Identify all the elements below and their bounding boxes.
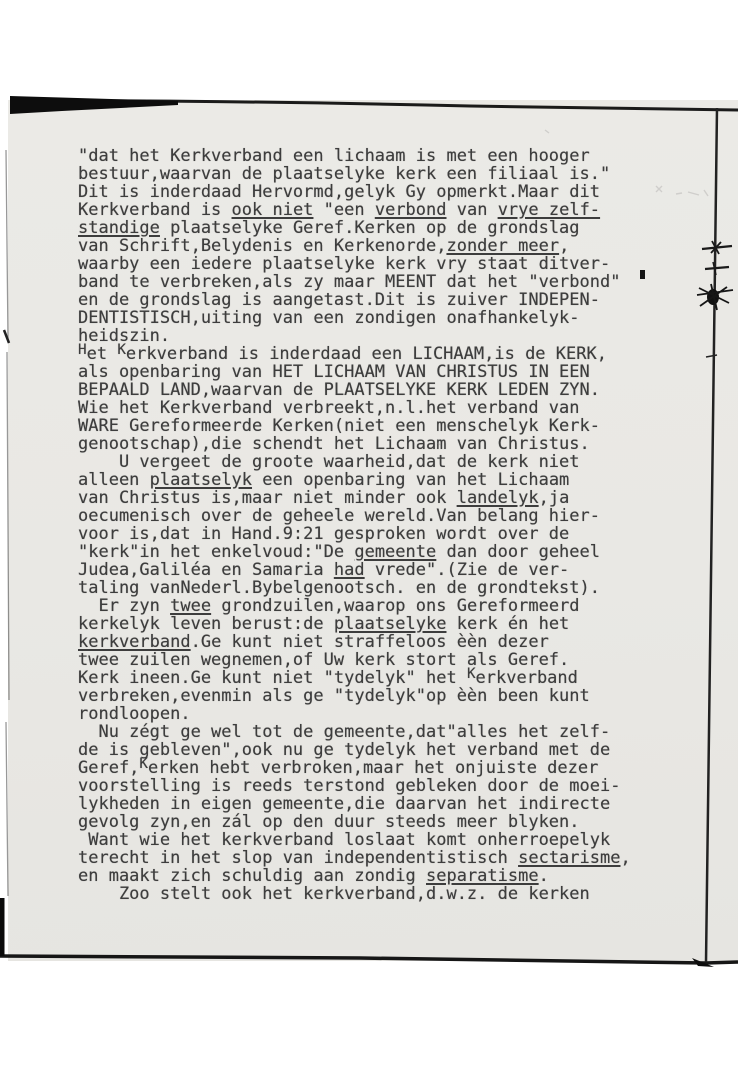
text-line: van Schrift,Belydenis en Kerkenorde,zond… [78,237,658,255]
text-line: heidszin. [78,327,658,345]
text-line: voor is,dat in Hand.9:21 gesproken wordt… [78,525,658,543]
text-line: gevolg zyn,en zál op den duur steeds mee… [78,813,658,831]
text-line: kerkelyk leven berust:de plaatselyke ker… [78,615,658,633]
text-line: standige plaatselyke Geref.Kerken op de … [78,219,658,237]
text-line: Judea,Galiléa en Samaria had vrede".(Zie… [78,561,658,579]
text-line: BEPAALD LAND,waarvan de PLAATSELYKE KERK… [78,381,658,399]
text-line: terecht in het slop van independentistis… [78,849,658,867]
text-line: rondloopen. [78,705,658,723]
text-line: WARE Gereformeerde Kerken(niet een mensc… [78,417,658,435]
text-line: voorstelling is reeds terstond gebleken … [78,777,658,795]
text-line: band te verbreken,als zy maar MEENT dat … [78,273,658,291]
text-line: lykheden in eigen gemeente,die daarvan h… [78,795,658,813]
text-line: als openbaring van HET LICHAAM VAN CHRIS… [78,363,658,381]
text-line: de is gebleven",ook nu ge tydelyk het ve… [78,741,658,759]
text-line: Kerk ineen.Ge kunt niet "tydelyk" het Ke… [78,669,658,687]
typewritten-text: "dat het Kerkverband een lichaam is met … [78,147,658,903]
text-line: verbreken,evenmin als ge "tydelyk"op èèn… [78,687,658,705]
text-line: en maakt zich schuldig aan zondig separa… [78,867,658,885]
text-line: van Christus is,maar niet minder ook lan… [78,489,658,507]
text-line: taling vanNederl.Bybelgenootsch. en de g… [78,579,658,597]
text-line: kerkverband.Ge kunt niet straffeloos èèn… [78,633,658,651]
text-line: alleen plaatselyk een openbaring van het… [78,471,658,489]
text-line: DENTISTISCH,uiting van een zondigen onaf… [78,309,658,327]
text-line: Kerkverband is ook niet "een verbond van… [78,201,658,219]
text-line: Geref,Kerken hebt verbroken,maar het onj… [78,759,658,777]
text-line: oecumenisch over de geheele wereld.Van b… [78,507,658,525]
text-line: Wie het Kerkverband verbreekt,n.l.het ve… [78,399,658,417]
text-line: "dat het Kerkverband een lichaam is met … [78,147,658,165]
text-line: Er zyn twee grondzuilen,waarop ons Geref… [78,597,658,615]
text-line: twee zuilen wegnemen,of Uw kerk stort al… [78,651,658,669]
text-line: waarby een iedere plaatselyke kerk vry s… [78,255,658,273]
text-line: genootschap),die schendt het Lichaam van… [78,435,658,453]
text-line: U vergeet de groote waarheid,dat de kerk… [78,453,658,471]
scanned-page-background: "dat het Kerkverband een lichaam is met … [0,0,738,1068]
text-line: en de grondslag is aangetast.Dit is zuiv… [78,291,658,309]
text-line: Nu zégt ge wel tot de gemeente,dat"alles… [78,723,658,741]
text-line: Zoo stelt ook het kerkverband,d.w.z. de … [78,885,658,903]
text-line: Want wie het kerkverband loslaat komt on… [78,831,658,849]
text-line: bestuur,waarvan de plaatselyke kerk een … [78,165,658,183]
text-line: Dit is inderdaad Hervormd,gelyk Gy opmer… [78,183,658,201]
text-line: "kerk"in het enkelvoud:"De gemeente dan … [78,543,658,561]
text-line: Het Kerkverband is inderdaad een LICHAAM… [78,345,658,363]
